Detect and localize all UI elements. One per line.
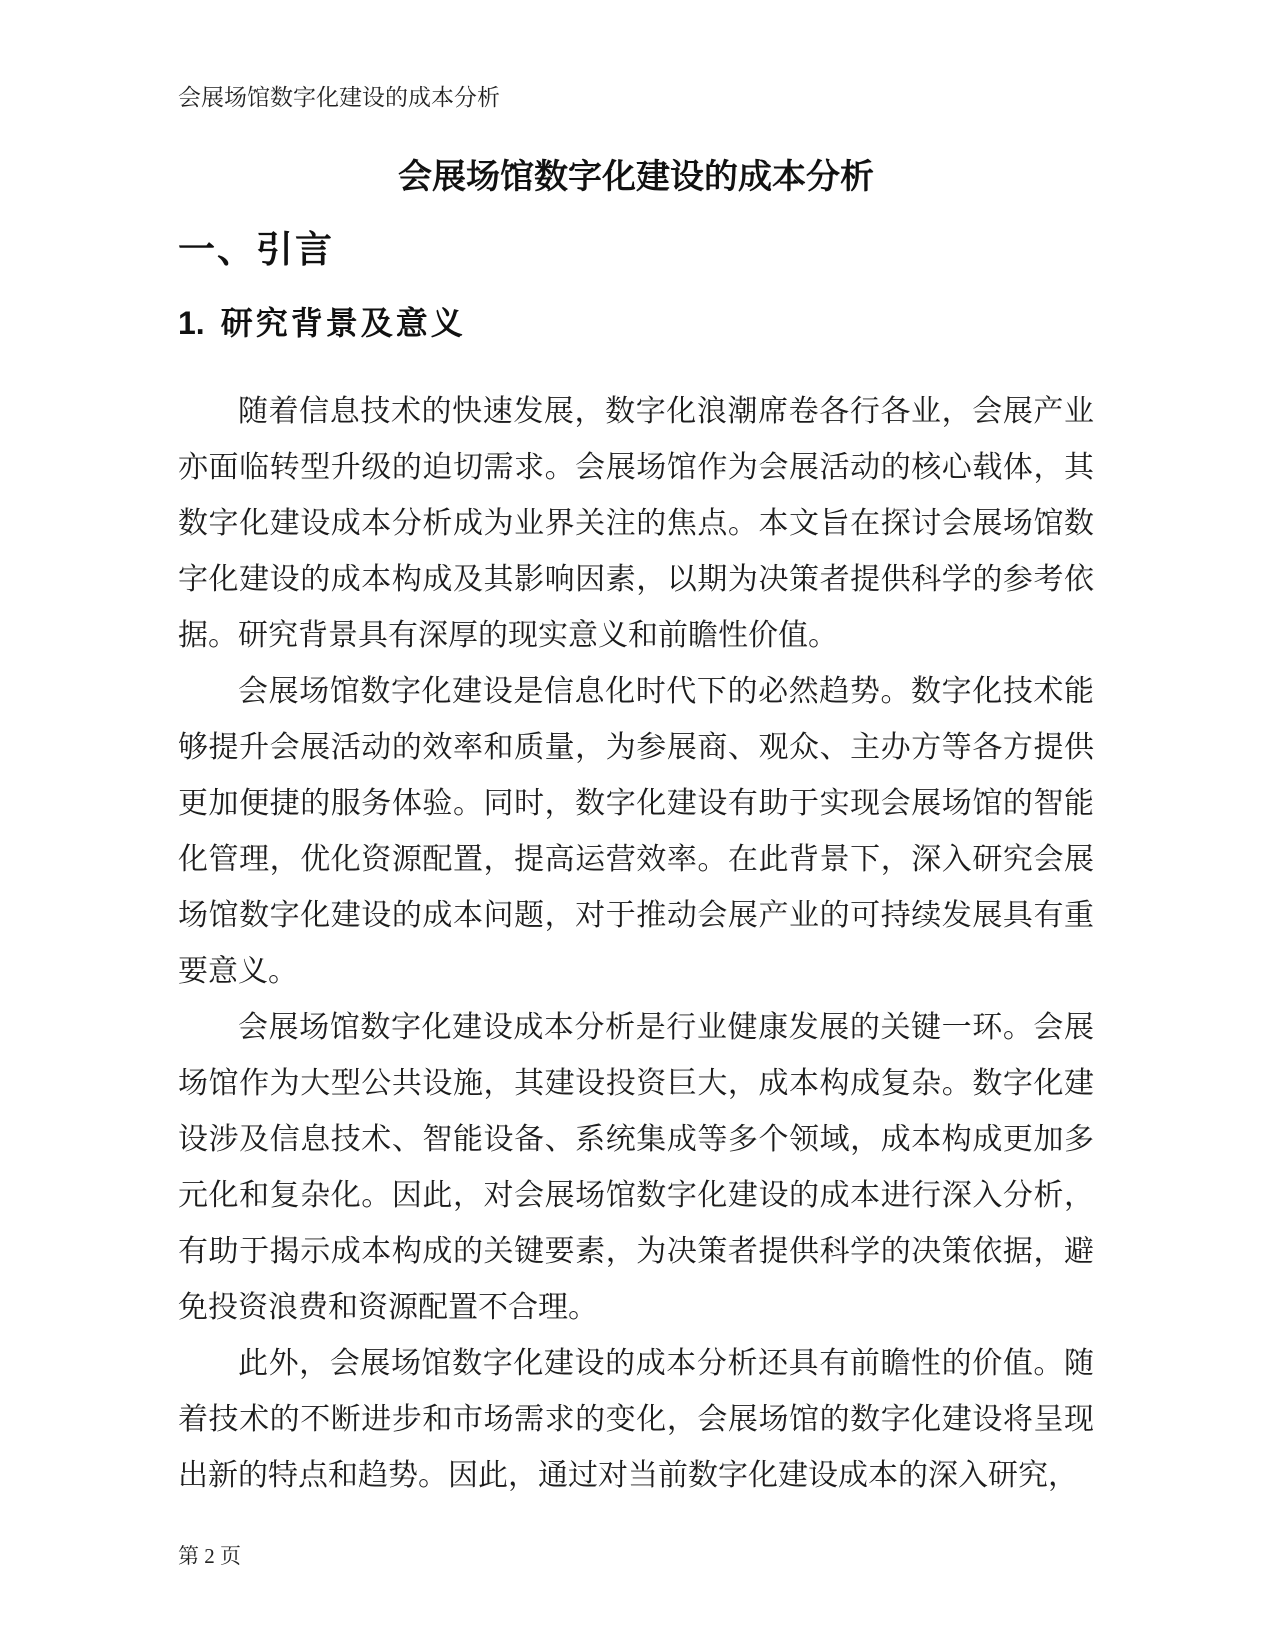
page-header: 会展场馆数字化建设的成本分析 xyxy=(178,84,1094,112)
document-page: 会展场馆数字化建设的成本分析 会展场馆数字化建设的成本分析 一、引言 1.研究背… xyxy=(0,0,1275,1650)
body-text: 随着信息技术的快速发展，数字化浪潮席卷各行各业，会展产业亦面临转型升级的迫切需求… xyxy=(178,384,1094,1504)
page-content: 会展场馆数字化建设的成本分析 会展场馆数字化建设的成本分析 一、引言 1.研究背… xyxy=(178,84,1094,1504)
paragraph-3: 会展场馆数字化建设成本分析是行业健康发展的关键一环。会展场馆作为大型公共设施，其… xyxy=(178,1000,1094,1336)
subsection-title: 研究背景及意义 xyxy=(221,305,466,341)
subsection-number: 1. xyxy=(178,304,205,342)
section-heading-introduction: 一、引言 xyxy=(178,228,1094,272)
paragraph-2: 会展场馆数字化建设是信息化时代下的必然趋势。数字化技术能够提升会展活动的效率和质… xyxy=(178,664,1094,1000)
paragraph-1: 随着信息技术的快速发展，数字化浪潮席卷各行各业，会展产业亦面临转型升级的迫切需求… xyxy=(178,384,1094,664)
paragraph-4: 此外，会展场馆数字化建设的成本分析还具有前瞻性的价值。随着技术的不断进步和市场需… xyxy=(178,1336,1094,1504)
document-title: 会展场馆数字化建设的成本分析 xyxy=(178,156,1094,200)
subsection-heading-background: 1.研究背景及意义 xyxy=(178,304,1094,342)
page-number-footer: 第 2 页 xyxy=(178,1543,241,1569)
